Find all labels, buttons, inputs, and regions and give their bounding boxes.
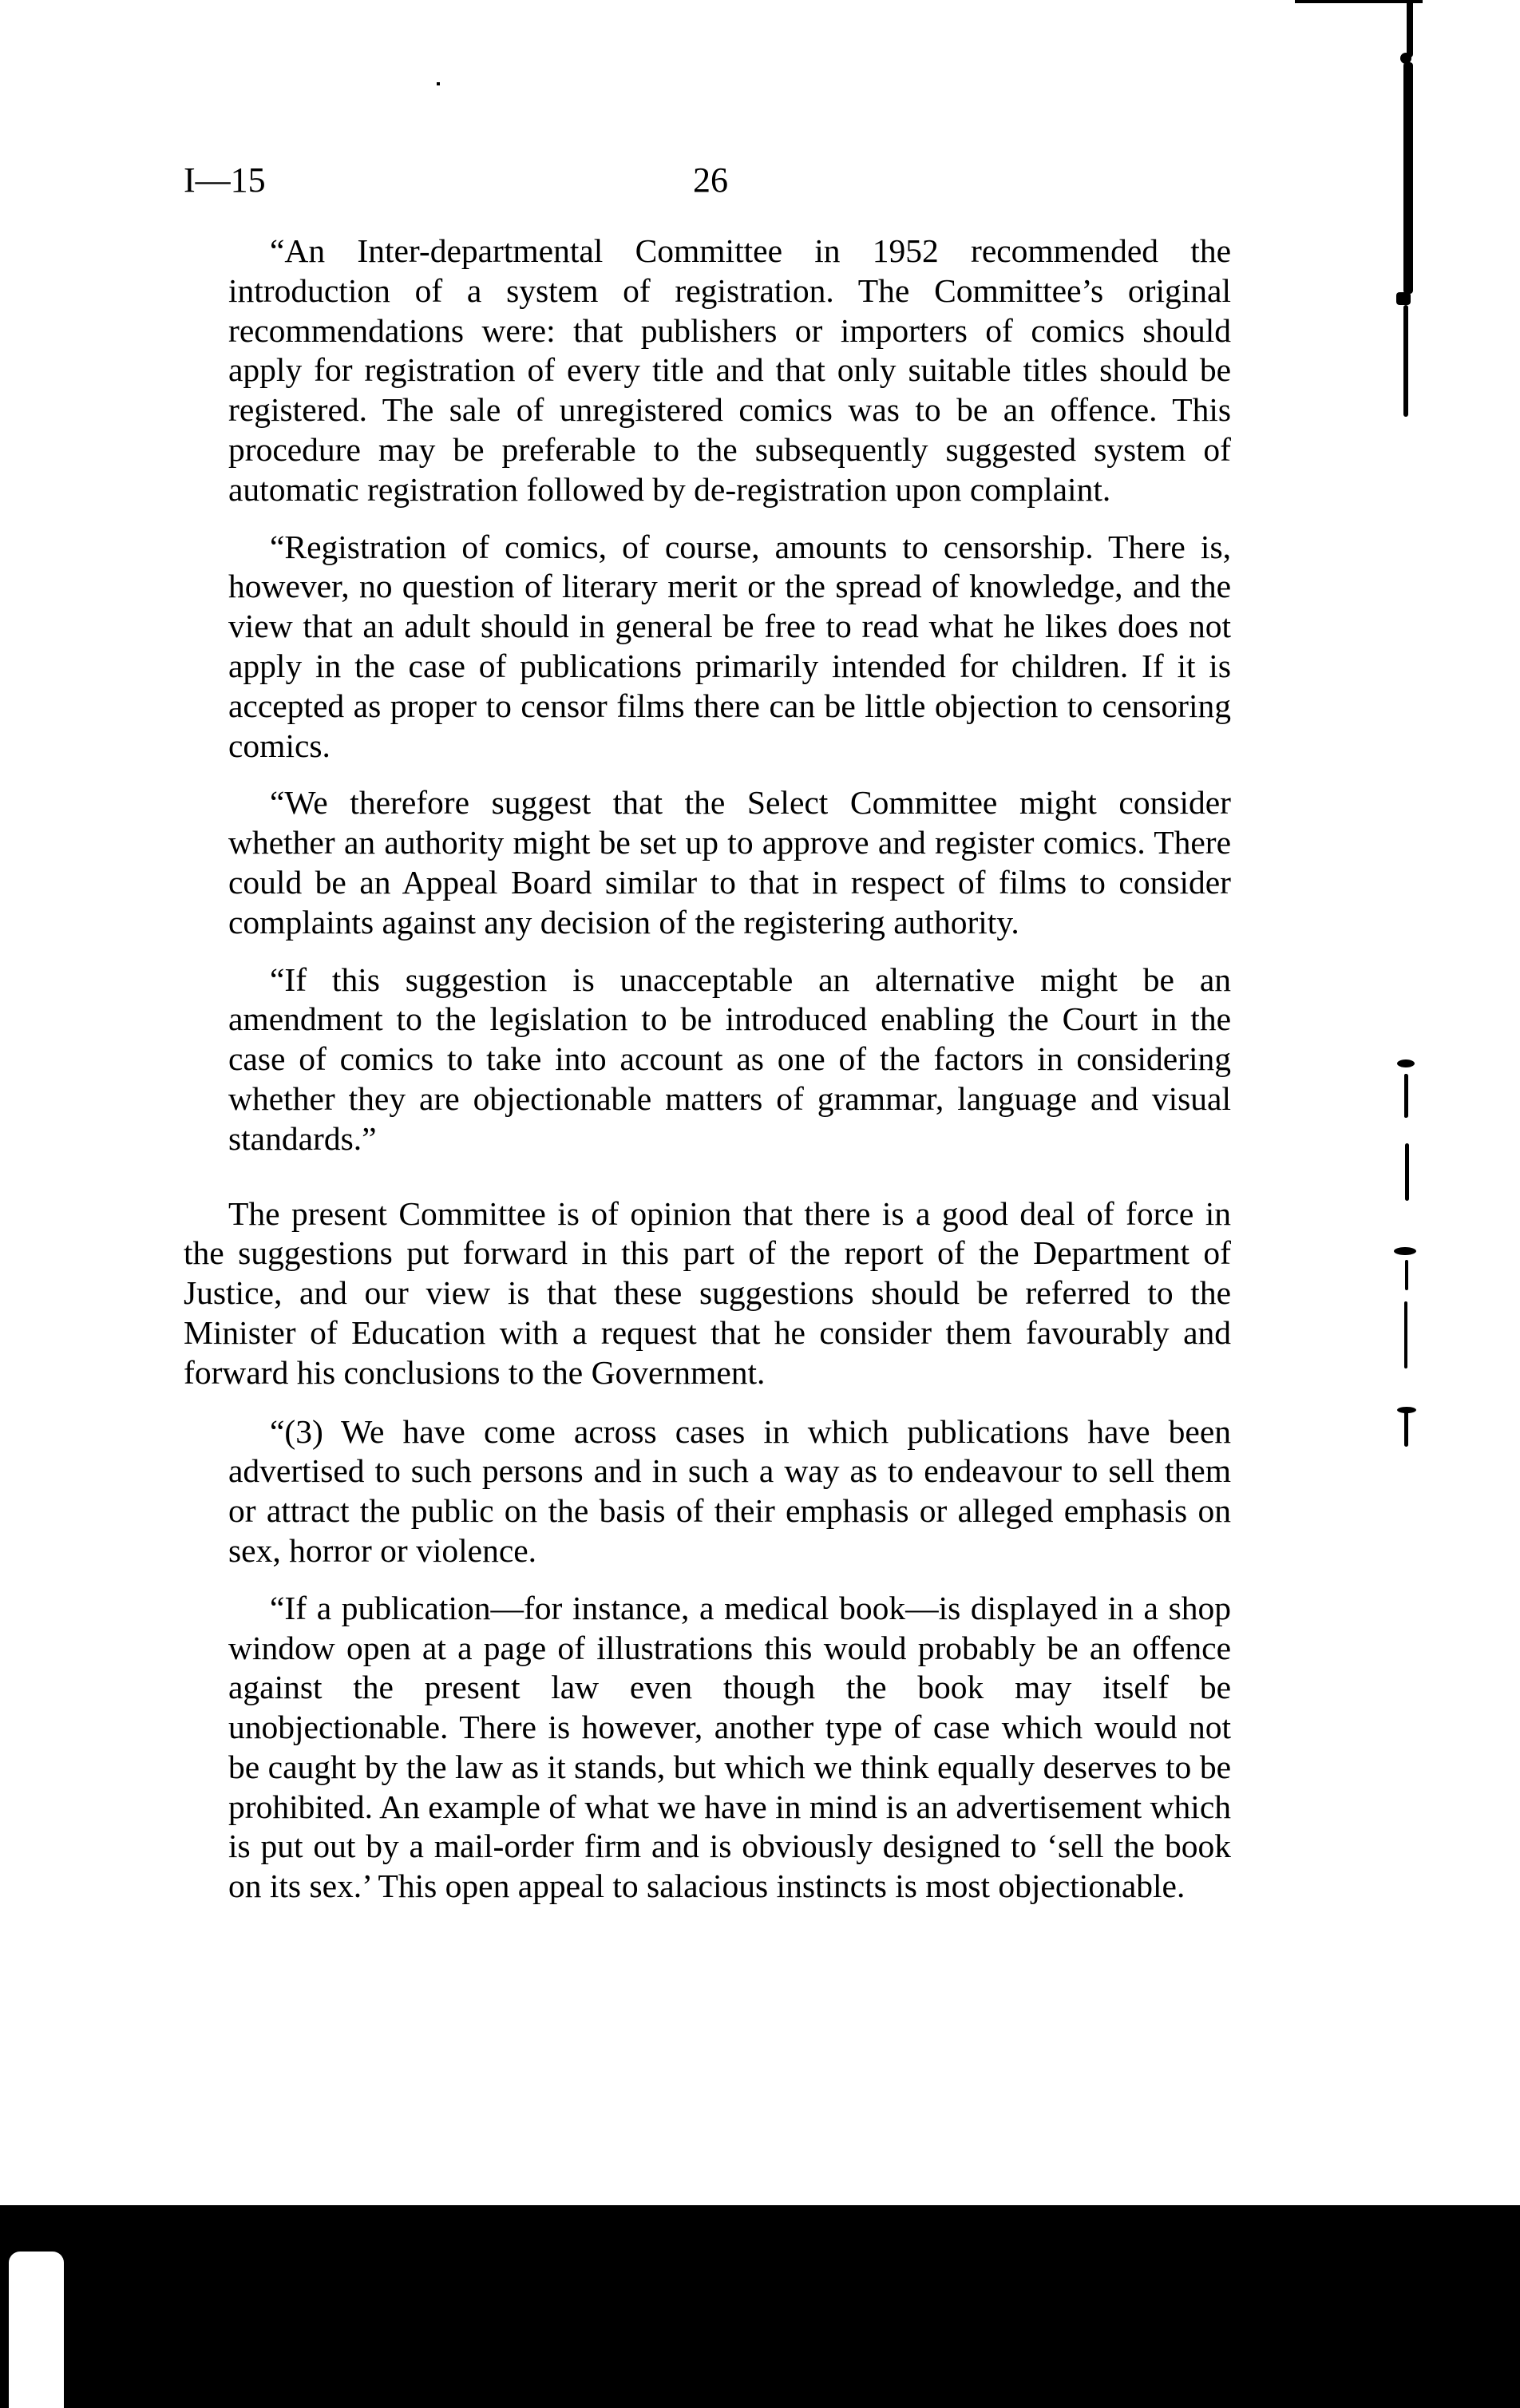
binding-line-segment xyxy=(1405,1143,1409,1201)
quoted-paragraph-select-committee: “We therefore suggest that the Select Co… xyxy=(184,783,1231,942)
quoted-paragraph-censorship: “Registration of comics, of course, amou… xyxy=(184,528,1231,766)
binding-line-segment xyxy=(1404,1301,1407,1368)
scan-page-tab xyxy=(9,2252,64,2408)
document-reference: I—15 xyxy=(184,160,266,200)
binding-top-bar xyxy=(1295,0,1423,3)
binding-line-segment xyxy=(1405,1260,1408,1290)
quoted-paragraph-registration-system: “An Inter-departmental Committee in 1952… xyxy=(184,232,1231,510)
binding-line-segment xyxy=(1407,0,1413,57)
committee-opinion-paragraph: The present Committee is of opinion that… xyxy=(184,1194,1231,1393)
body-text: “An Inter-departmental Committee in 1952… xyxy=(184,232,1231,1907)
binding-line-segment xyxy=(1403,305,1408,417)
quoted-paragraph-medical-book: “If a publication—for instance, a medica… xyxy=(184,1589,1231,1907)
binding-line-segment xyxy=(1404,1074,1408,1118)
quoted-paragraph-alternative: “If this suggestion is unacceptable an a… xyxy=(184,960,1231,1159)
scan-bottom-border xyxy=(0,2205,1520,2408)
page-number: 26 xyxy=(693,160,728,200)
binding-line-segment xyxy=(1404,1410,1408,1447)
binding-edge-artifact xyxy=(1399,0,1418,2205)
quoted-paragraph-advertising: “(3) We have come across cases in which … xyxy=(184,1412,1231,1571)
page-header: I—15 26 xyxy=(184,160,1253,208)
binding-blob xyxy=(1397,1059,1415,1067)
binding-blob xyxy=(1396,292,1411,305)
scanned-page: I—15 26 “An Inter-departmental Committee… xyxy=(0,0,1520,2205)
binding-blob xyxy=(1394,1247,1416,1255)
scan-speck xyxy=(437,82,440,85)
binding-line-segment xyxy=(1403,232,1407,287)
